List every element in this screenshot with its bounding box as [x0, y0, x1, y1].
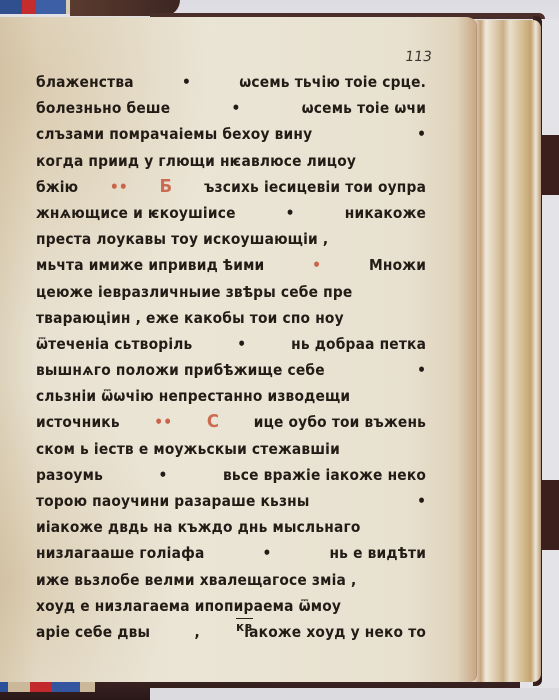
text-segment: нь добраа петка: [291, 331, 426, 357]
text-line: аріе себе двы,іакоже хоуд у неко то: [36, 619, 426, 645]
text-line: жнѧющисе и ѥкоушіисе•никакоже: [36, 200, 426, 226]
text-line: торою паоучини разараше кьзны•: [36, 488, 426, 514]
text-segment: бжію: [36, 174, 78, 200]
text-line: слъзами помрачаіемы бехоу вину•: [36, 121, 426, 147]
folio-number: 113: [404, 49, 433, 65]
text-segment: •: [182, 69, 191, 95]
text-line: блаженства•ѡсемь тьчію тоіе срце.: [36, 69, 426, 95]
text-segment: ѡсемь тоіе ѡчи: [302, 95, 426, 121]
text-segment: твараюціин , еже какобы тои спо ноу: [36, 305, 344, 331]
text-line: ѿтеченіа сьтворіль•нь добраа петка: [36, 331, 426, 357]
book-page: 113 блаженства•ѡсемь тьчію тоіе срце.бол…: [0, 17, 476, 682]
text-segment: нь е видѣти: [329, 540, 426, 566]
text-segment: •: [417, 488, 426, 514]
text-segment: вьсе вражіе іакоже неко: [223, 462, 426, 488]
rubric-initial: Б: [160, 174, 173, 200]
text-segment: •: [262, 540, 271, 566]
text-segment: ъзсихь іесицевіи тои оупра: [204, 174, 426, 200]
text-line: иіакоже двдь на къждо днь мысльнаго: [36, 514, 426, 540]
text-segment: ице оубо тои въжень: [254, 409, 426, 435]
rubric-mark: ••: [154, 409, 172, 435]
text-segment: •: [231, 95, 240, 121]
text-segment: ском ь іеств е моужьскыи стежавшіи: [36, 436, 340, 462]
text-segment: ,: [194, 619, 199, 645]
text-segment: когда приид у глющи нѥавлюсе лицоу: [36, 148, 356, 174]
text-segment: цеюже іевразличныие звѣры себе пре: [36, 279, 352, 305]
text-segment: низлагааше голіафа: [36, 540, 204, 566]
text-segment: сльзніи ѿѡчію непрестанно изводещи: [36, 383, 350, 409]
text-segment: болезньно беше: [36, 95, 170, 121]
text-segment: аріе себе двы: [36, 619, 150, 645]
rubric-mark: •: [312, 252, 321, 278]
text-segment: источникь: [36, 409, 120, 435]
text-segment: •: [417, 121, 426, 147]
text-segment: •: [237, 331, 246, 357]
text-segment: разоумь: [36, 462, 103, 488]
text-segment: ѿтеченіа сьтворіль: [36, 331, 192, 357]
text-segment: торою паоучини разараше кьзны: [36, 488, 310, 514]
book-clasp-lower: [538, 480, 559, 550]
rubric-mark: ••: [110, 174, 128, 200]
text-segment: Множи: [369, 252, 426, 278]
text-segment: •: [286, 200, 295, 226]
text-line: цеюже іевразличныие звѣры себе пре: [36, 279, 426, 305]
text-line: преста лоукавы тоу искоушающіи ,: [36, 226, 426, 252]
text-segment: преста лоукавы тоу искоушающіи ,: [36, 226, 328, 252]
rubric-initial: С: [207, 409, 219, 435]
text-segment: •: [417, 357, 426, 383]
text-segment: хоуд е низлагаема ипопираема ѿмоу: [36, 593, 341, 619]
text-segment: •: [158, 462, 167, 488]
text-line: болезньно беше•ѡсемь тоіе ѡчи: [36, 95, 426, 121]
text-line: низлагааше голіафа•нь е видѣти: [36, 540, 426, 566]
text-segment: иіакоже двдь на къждо днь мысльнаго: [36, 514, 361, 540]
text-segment: ѡсемь тьчію тоіе срце.: [239, 69, 426, 95]
text-line: источникь••Сице оубо тои въжень: [36, 409, 426, 435]
text-line: вышнѧго положи прибѣжище себе•: [36, 357, 426, 383]
text-segment: слъзами помрачаіемы бехоу вину: [36, 121, 312, 147]
table-surface: [150, 688, 559, 700]
text-line: иже вьзлобе велми хвалещагосе зміа ,: [36, 567, 426, 593]
text-segment: никакоже: [345, 200, 426, 226]
page-text-block: блаженства•ѡсемь тьчію тоіе срце.болезнь…: [36, 69, 426, 645]
text-line: сльзніи ѿѡчію непрестанно изводещи: [36, 383, 426, 409]
text-line: когда приид у глющи нѥавлюсе лицоу: [36, 148, 426, 174]
text-segment: мьчта имиже ипривид ѣими: [36, 252, 264, 278]
signature-mark: кв: [236, 620, 253, 634]
text-segment: вышнѧго положи прибѣжище себе: [36, 357, 325, 383]
text-segment: іакоже хоуд у неко то: [244, 619, 426, 645]
text-line: хоуд е низлагаема ипопираема ѿмоу: [36, 593, 426, 619]
text-line: ском ь іеств е моужьскыи стежавшіи: [36, 436, 426, 462]
book-clasp-upper: [538, 135, 559, 195]
text-line: бжію••Бъзсихь іесицевіи тои оупра: [36, 174, 426, 200]
text-segment: иже вьзлобе велми хвалещагосе зміа ,: [36, 567, 356, 593]
text-line: твараюціин , еже какобы тои спо ноу: [36, 305, 426, 331]
text-line: мьчта имиже ипривид ѣими•Множи: [36, 252, 426, 278]
text-line: разоумь•вьсе вражіе іакоже неко: [36, 462, 426, 488]
text-segment: жнѧющисе и ѥкоушіисе: [36, 200, 236, 226]
text-segment: блаженства: [36, 69, 134, 95]
